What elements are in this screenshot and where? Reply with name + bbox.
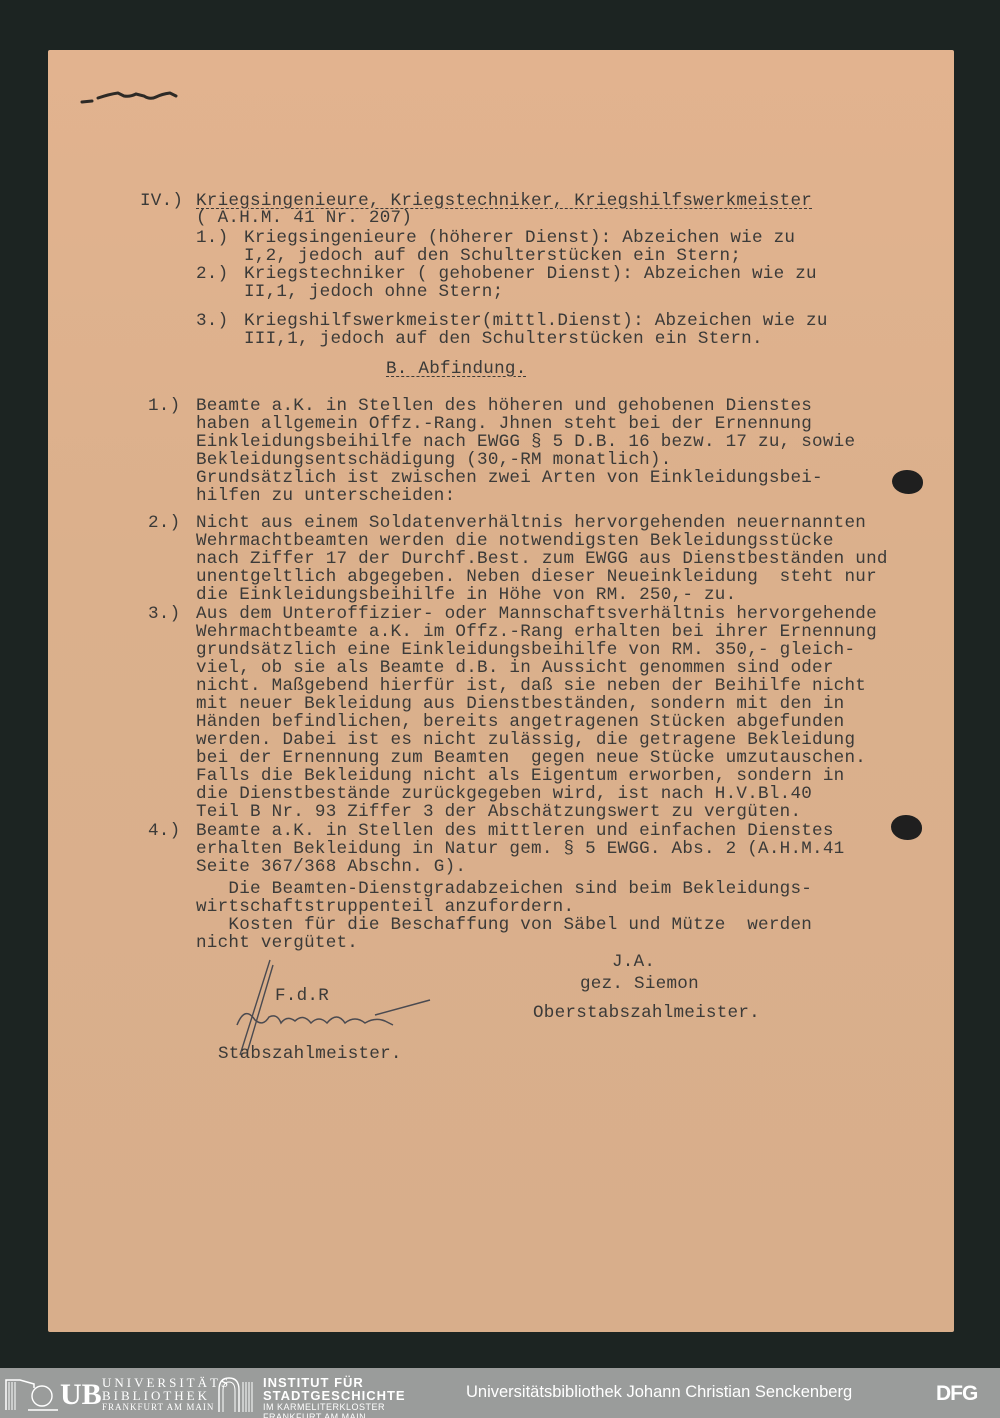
section-b-item-4-number: 4.) bbox=[148, 822, 180, 840]
section-b-item-3-line: mit neuer Bekleidung aus Dienstbeständen… bbox=[196, 695, 844, 713]
section-b-item-3-line: grundsätzlich eine Einkleidungsbeihilfe … bbox=[196, 641, 855, 659]
section-b-item-3-line: Teil B Nr. 93 Ziffer 3 der Abschätzungsw… bbox=[196, 803, 801, 821]
signature-name: gez. Siemon bbox=[580, 975, 699, 993]
section-iv-item-2-line-2: II,1, jedoch ohne Stern; bbox=[244, 283, 503, 301]
pencil-scribble-mark bbox=[80, 88, 200, 106]
signature-title-right: Oberstabszahlmeister. bbox=[533, 1004, 760, 1022]
section-iv-item-1-line-1: Kriegsingenieure (höherer Dienst): Abzei… bbox=[244, 229, 795, 247]
section-b-item-2-line: unentgeltlich abgegeben. Neben dieser Ne… bbox=[196, 568, 877, 586]
section-b-item-1-number: 1.) bbox=[148, 397, 180, 415]
closing-line: Die Beamten-Dienstgradabzeichen sind bei… bbox=[196, 880, 812, 898]
section-iv-item-2-number: 2.) bbox=[196, 265, 228, 283]
section-b-item-3-line: Wehrmachtbeamte a.K. im Offz.-Rang erhal… bbox=[196, 623, 877, 641]
section-b-item-1-line: Einkleidungsbeihilfe nach EWGG § 5 D.B. … bbox=[196, 433, 855, 451]
section-b-item-3-line: bei der Ernennung zum Beamten gegen neue… bbox=[196, 749, 866, 767]
section-iv-item-3-line-2: III,1, jedoch auf den Schulterstücken ei… bbox=[244, 330, 763, 348]
section-b-item-3-line: Händen befindlichen, bereits angetragene… bbox=[196, 713, 844, 731]
signature-ja: J.A. bbox=[612, 953, 655, 971]
handwritten-signature bbox=[225, 945, 455, 1060]
section-b-item-3-line: viel, ob sie als Beamte d.B. in Aussicht… bbox=[196, 659, 834, 677]
section-b-item-1-line: Beamte a.K. in Stellen des höheren und g… bbox=[196, 397, 812, 415]
ub-building-icon bbox=[4, 1376, 58, 1412]
isg-line-3: IM KARMELITERKLOSTER bbox=[263, 1402, 406, 1412]
closing-line: Kosten für die Beschaffung von Säbel und… bbox=[196, 916, 812, 934]
ub-logo: UB UNIVERSITÄTS BIBLIOTHEK FRANKFURT AM … bbox=[4, 1376, 204, 1412]
section-iv-item-1-line-2: I,2, jedoch auf den Schulterstücken ein … bbox=[244, 247, 741, 265]
section-iv-item-2-line-1: Kriegstechniker ( gehobener Dienst): Abz… bbox=[244, 265, 817, 283]
section-iv-reference: ( A.H.M. 41 Nr. 207) bbox=[196, 209, 412, 227]
section-b-item-3-number: 3.) bbox=[148, 605, 180, 623]
section-b-heading: B. Abfindung. bbox=[386, 360, 527, 378]
section-iv-item-3-number: 3.) bbox=[196, 312, 228, 330]
section-b-item-2-line: nach Ziffer 17 der Durchf.Best. zum EWGG… bbox=[196, 550, 888, 568]
ub-letters: UB bbox=[60, 1378, 102, 1412]
section-b-item-2-number: 2.) bbox=[148, 514, 180, 532]
section-b-item-2-line: die Einkleidungsbeihilfe in Höhe von RM.… bbox=[196, 586, 736, 604]
isg-line-4: FRANKFURT AM MAIN bbox=[263, 1412, 406, 1418]
section-b-item-1-line: haben allgemein Offz.-Rang. Jhnen steht … bbox=[196, 415, 812, 433]
section-b-item-4-line: Seite 367/368 Abschn. G). bbox=[196, 858, 466, 876]
ub-line-2: BIBLIOTHEK bbox=[102, 1389, 231, 1402]
footer-title: Universitätsbibliothek Johann Christian … bbox=[466, 1383, 852, 1402]
section-b-item-3-line: werden. Dabei ist es nicht zulässig, die… bbox=[196, 731, 855, 749]
footer-bar: UB UNIVERSITÄTS BIBLIOTHEK FRANKFURT AM … bbox=[0, 1368, 1000, 1418]
section-b-item-3-line: Falls die Bekleidung nicht als Eigentum … bbox=[196, 767, 844, 785]
section-b-item-3-line: Aus dem Unteroffizier- oder Mannschaftsv… bbox=[196, 605, 877, 623]
section-b-item-3-line: nicht. Maßgebend hierfür ist, daß sie ne… bbox=[196, 677, 866, 695]
section-b-item-3-line: die Dienstbestände zurückgegeben wird, i… bbox=[196, 785, 812, 803]
section-iv-item-1-number: 1.) bbox=[196, 229, 228, 247]
ink-blot-lower bbox=[891, 815, 922, 840]
isg-line-2: STADTGESCHICHTE bbox=[263, 1389, 406, 1402]
section-iv-number: IV.) bbox=[140, 192, 183, 210]
section-b-item-1-line: Grundsätzlich ist zwischen zwei Arten vo… bbox=[196, 469, 823, 487]
arched-window-icon bbox=[215, 1376, 257, 1412]
section-b-item-2-line: Nicht aus einem Soldatenverhältnis hervo… bbox=[196, 514, 866, 532]
section-b-item-4-line: erhalten Bekleidung in Natur gem. § 5 EW… bbox=[196, 840, 844, 858]
section-iv-item-3-line-1: Kriegshilfswerkmeister(mittl.Dienst): Ab… bbox=[244, 312, 828, 330]
section-b-item-2-line: Wehrmachtbeamten werden die notwendigste… bbox=[196, 532, 834, 550]
section-b-item-4-line: Beamte a.K. in Stellen des mittleren und… bbox=[196, 822, 834, 840]
section-b-item-1-line: Bekleidungsentschädigung (30,-RM monatli… bbox=[196, 451, 672, 469]
section-b-item-1-line: hilfen zu unterscheiden: bbox=[196, 487, 455, 505]
closing-line: wirtschaftstruppenteil anzufordern. bbox=[196, 898, 574, 916]
ink-blot-upper bbox=[892, 470, 923, 494]
dfg-logo: DFG bbox=[936, 1382, 977, 1406]
isg-logo: INSTITUT FÜR STADTGESCHICHTE IM KARMELIT… bbox=[215, 1376, 415, 1412]
signature-title-left: Stabszahlmeister. bbox=[218, 1045, 402, 1063]
ub-line-3: FRANKFURT AM MAIN bbox=[102, 1402, 231, 1413]
